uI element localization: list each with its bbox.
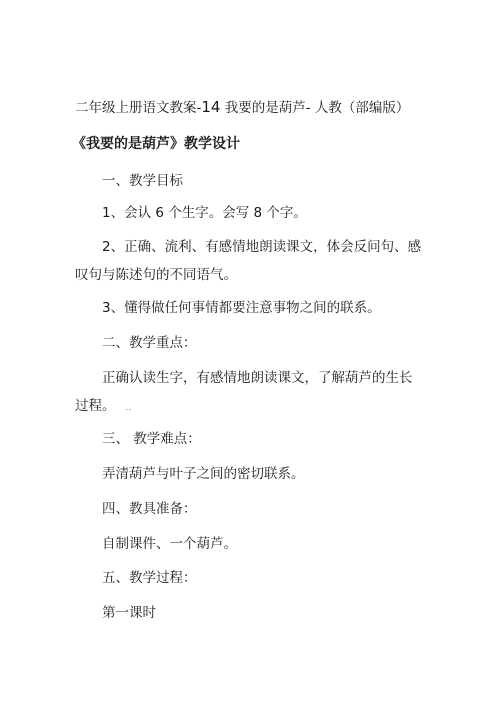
process-first-lesson: 第一课时 xyxy=(102,605,156,621)
title-prefix: 二年级上册语文教案- xyxy=(75,100,201,116)
key-points-text: 过程。 xyxy=(75,398,116,414)
materials-body: 自制课件、一个葫芦。 xyxy=(102,536,237,552)
section-heading-materials: 四、教具准备： xyxy=(102,501,197,517)
section-heading-difficulties: 三、 教学难点： xyxy=(102,431,201,447)
stray-dots: .. xyxy=(126,403,132,413)
key-points-line2: 过程。.. xyxy=(75,398,131,416)
objective-item-3: 3、懂得做任何事情都要注意事物之间的联系。 xyxy=(102,300,381,316)
title-suffix: 我要的是葫芦- 人教（部编版） xyxy=(220,100,409,116)
objective-item-2-line1: 2、正确、流利、有感情地朗读课文，体会反问句、感 xyxy=(102,239,421,255)
objective-item-2-line2: 叹句与陈述句的不同语气。 xyxy=(75,267,237,283)
section-heading-objectives: 一、教学目标 xyxy=(102,173,183,189)
title-number: 14 xyxy=(201,98,220,116)
objective-item-1: 1、会认 6 个生字。会写 8 个字。 xyxy=(102,205,307,221)
difficulties-body: 弄清葫芦与叶子之间的密切联系。 xyxy=(102,466,305,482)
section-heading-key-points: 二、教学重点： xyxy=(102,335,197,351)
key-points-line1: 正确认读生字，有感情地朗读课文，了解葫芦的生长 xyxy=(102,370,413,386)
section-heading-process: 五、教学过程： xyxy=(102,570,197,586)
document-title: 二年级上册语文教案-14 我要的是葫芦- 人教（部编版） xyxy=(75,99,409,116)
lesson-subtitle: 《我要的是葫芦》教学设计 xyxy=(72,136,240,152)
